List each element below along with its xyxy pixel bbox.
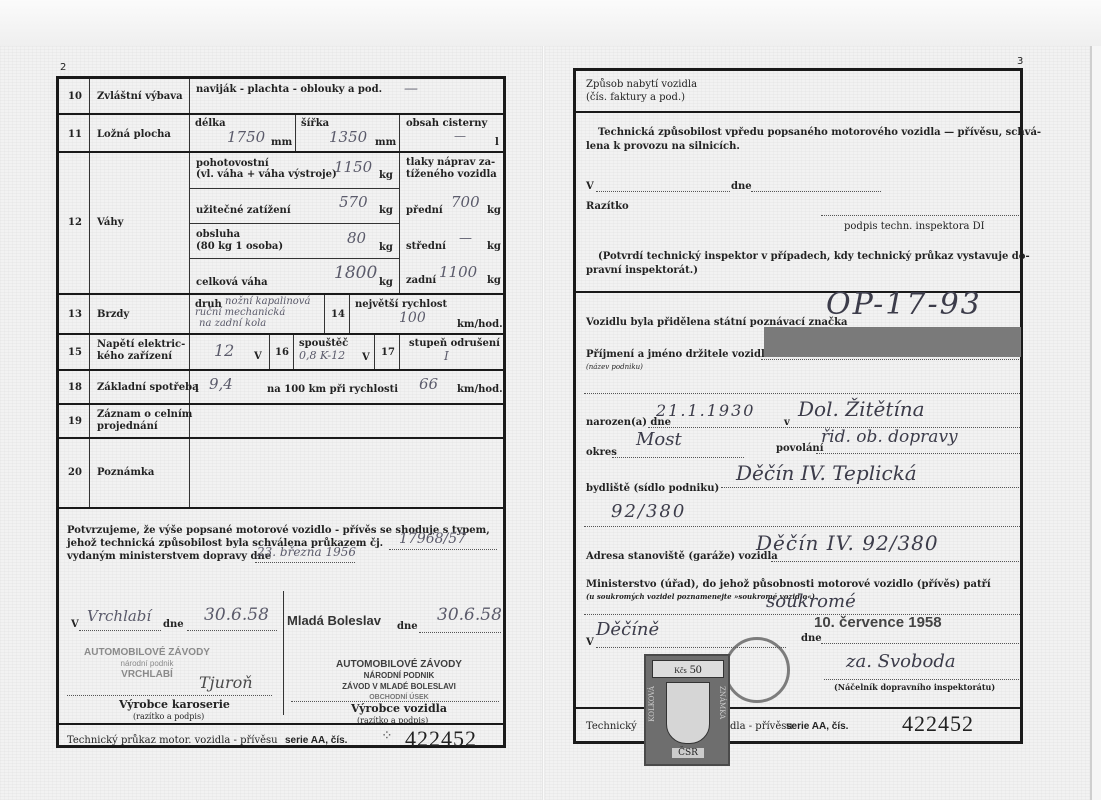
row-number: 10 [68,91,82,102]
handwritten-value: — [404,81,418,97]
residence-value-line2[interactable]: 92/380 [611,501,686,522]
body-maker-place[interactable]: Vrchlabí [87,607,151,625]
row-number: 17 [381,347,395,358]
crew-value[interactable]: 80 [347,229,366,247]
stamp-country: ČSR [672,748,704,758]
place-label: V [586,637,594,649]
consumption-speed-value[interactable]: 66 [419,375,438,393]
unit: kg [379,170,393,182]
field-label: Napětí elektric- [97,339,185,351]
field-label: Váhy [97,217,123,229]
residence-label: bydliště (sídlo podniku) [586,483,719,495]
field-text: naviják - plachta - oblouky a pod. [196,84,382,96]
unit: l [495,137,499,149]
row-11: 11 Ložná plocha délka 1750 mm šířka 1350… [59,115,503,153]
serial-number: 422452 [405,726,477,752]
field-label: Zvláštní výbava [97,91,183,103]
field-label: Ložná plocha [97,129,171,141]
unit: l [195,384,199,396]
license-plate-value[interactable]: OP-17-93 [826,287,982,322]
chief-signature: za. Svoboda [846,651,956,672]
unit: mm [271,137,292,149]
row-20: 20 Poznámka [59,439,503,509]
weight-label: obsluha [196,229,240,241]
page-number-left: 2 [60,62,66,73]
row-15: 15 Napětí elektric- kého zařízení 12 V 1… [59,335,503,371]
residence-value[interactable]: Děčín IV. Teplická [736,461,917,485]
row-number: 12 [68,217,82,228]
axle-header: tíženého vozidla [406,169,497,181]
chief-label: (Náčelník dopravního inspektorátu) [834,681,995,693]
row-number: 15 [68,347,82,358]
approval-section: Technická způsobilost vpředu popsaného m… [576,113,1020,293]
footer-title: Technický [586,721,637,733]
unit: km/hod. [457,384,503,396]
note-text: (Potvrdí technický inspektor v případech… [598,251,1030,263]
axle-header: tlaky náprav za- [406,157,495,169]
date-label: dne [731,181,752,193]
left-form-frame: 10 Zvláštní výbava naviják - plachta - o… [56,76,506,748]
unit: kg [379,277,393,289]
inspector-signature-label: podpis techn. inspektora DI [844,221,985,233]
holder-label: Příjmení a jméno držitele vozidla [586,349,771,361]
unit: kg [487,205,501,217]
signature-divider [283,591,284,715]
voltage-value[interactable]: 12 [214,341,234,360]
ministry-label: Ministerstvo (úřad), do jehož působnosti… [586,579,991,591]
unit: kg [487,241,501,253]
acquisition-row: Způsob nabytí vozidla (čís. faktury a po… [576,71,1020,113]
unit: V [254,351,262,363]
field-label: Záznam o celním [97,409,192,421]
body-maker-subcaption: (razítko a podpis) [133,711,204,723]
tank-value[interactable]: — [454,129,466,143]
row-18: 18 Základní spotřeba l 9,4 na 100 km při… [59,371,503,405]
approval-number[interactable]: 17968/57 [399,531,466,547]
row-number: 13 [68,309,82,320]
birth-date-value[interactable]: 21.1.1930 [656,401,755,420]
garage-label: Adresa stanoviště (garáže) vozidla [586,551,778,563]
row-number: 20 [68,467,82,478]
unit: km/hod. [457,319,503,331]
issued-date-stamp[interactable]: 10. července 1958 [814,617,942,629]
vehicle-maker-place[interactable]: Mladá Boleslav [287,615,381,627]
place-label: V [586,181,594,193]
row-12: 12 Váhy pohotovostní (vl. váha + váha vý… [59,153,503,295]
brake-type-value[interactable]: na zadní kola [199,318,266,329]
weight-label: celková váha [196,277,268,289]
weight-label: (vl. váha + váha výstroje) [196,169,337,181]
row-number: 19 [68,416,82,427]
row-number: 11 [68,129,82,140]
rosette-icon: ⁘ [381,730,393,742]
field-label: Brzdy [97,309,129,321]
axle-label: přední [406,205,443,217]
row-number: 16 [275,347,289,358]
stamp-label: Razítko [586,201,629,213]
brake-type-value[interactable]: nožní kapalinová [225,296,310,307]
axle-label: střední [406,241,446,253]
tank-label: obsah cisterny [406,118,487,130]
suppression-label: stupeň odrušení [409,338,500,350]
note-text: pravní inspektorát.) [586,265,698,277]
body-maker-signature: Tjuroň [199,673,253,692]
length-label: délka [195,118,226,130]
scan-background [0,0,1101,46]
right-form-frame: Způsob nabytí vozidla (čís. faktury a po… [573,68,1023,744]
length-value[interactable]: 1750 [227,128,265,146]
approval-text: lena k provozu na silnicích. [586,141,740,153]
confirmation-text: vydaným ministerstvem dopravy dne [67,551,271,563]
field-label: projednání [97,421,158,433]
office-round-stamp [724,637,790,703]
date-label: dne [163,619,184,631]
page-number-right: 3 [1017,56,1023,67]
consumption-value[interactable]: 9,4 [209,375,233,393]
body-maker-caption: Výrobce karoserie [119,699,230,711]
unit: kg [487,275,501,287]
place-label: V [71,619,79,631]
footer-serie: serie AA, čís. [285,735,347,747]
unit: mm [375,137,396,149]
date-label: dne [801,633,822,645]
stamp-text: ZNÁMKA [712,686,726,719]
consumption-text: na 100 km při rychlosti [267,384,398,396]
weight-label: užitečné zatížení [196,205,291,217]
body-maker-date[interactable]: 30.6.58 [204,605,269,625]
brake-type-value[interactable]: ruční mechanická [195,307,285,318]
garage-address-value[interactable]: Děčín IV. 92/380 [756,531,939,555]
unit: V [362,352,370,364]
total-weight-value[interactable]: 1800 [334,263,377,283]
acquisition-label: (čís. faktury a pod.) [586,92,685,104]
vehicle-maker-stamp: AUTOMOBILOVÉ ZÁVODY NÁRODNÍ PODNIK ZÁVOD… [299,659,499,703]
field-label: kého zařízení [97,351,172,363]
occupation-value[interactable]: řid. ob. dopravy [821,427,958,447]
serial-number: 422452 [902,711,974,737]
approval-date[interactable]: 23. března 1956 [257,545,356,559]
vehicle-maker-caption: Výrobce vozidla [351,703,447,715]
stamp-value-box: Kčs 50 [652,660,724,678]
approval-text: Technická způsobilost vpředu popsaného m… [598,127,1041,139]
coat-of-arms-icon [666,682,710,744]
stamp-text: KOLKOVÁ [648,686,662,722]
ministry-value[interactable]: soukromé [766,591,856,612]
field-label: Poznámka [97,467,154,479]
right-page: 3 Způsob nabytí vozidla (čís. faktury a … [545,46,1092,800]
holder-sublabel: (název podniku) [586,361,643,373]
unit: kg [379,205,393,217]
field-label: Základní spotřeba [97,382,199,394]
suppression-value[interactable]: I [444,349,449,363]
rear-axle-value[interactable]: 1100 [439,263,477,281]
issued-place-value[interactable]: Děčíně [596,619,659,640]
footer-serie: serie AA, čís. [786,721,848,733]
row-13: 13 Brzdy druh nožní kapalinová ruční mec… [59,295,503,335]
vehicle-maker-date[interactable]: 30.6.58 [437,605,502,625]
starter-value[interactable]: 0,8 K-12 [299,349,345,362]
row-number: 18 [68,382,82,393]
middle-axle-value[interactable]: — [459,231,472,246]
max-speed-value[interactable]: 100 [399,310,426,326]
payload-value[interactable]: 570 [339,193,368,211]
ready-weight-value[interactable]: 1150 [334,158,372,176]
row-number: 14 [331,309,345,320]
acquisition-label: Způsob nabytí vozidla [586,79,697,91]
left-page: 2 10 Zvláštní výbava naviják - plachta -… [0,46,545,800]
district-value[interactable]: Most [636,429,682,450]
redacted-holder-name [764,327,1021,357]
row-19: 19 Záznam o celním projednání [59,405,503,439]
footer-title: dla - přívěsu [730,721,793,733]
axle-label: zadní [406,275,436,287]
width-value[interactable]: 1350 [329,128,367,146]
front-axle-value[interactable]: 700 [451,193,480,211]
birth-place-value[interactable]: Dol. Žitětína [798,397,925,421]
weight-label: (80 kg 1 osoba) [196,241,283,253]
unit: kg [379,242,393,254]
width-label: šířka [301,118,329,130]
row-10: 10 Zvláštní výbava naviják - plachta - o… [59,79,503,115]
footer-title: Technický průkaz motor. vozidla - přívěs… [67,735,278,747]
date-label: dne [397,621,418,633]
revenue-stamp: Kčs 50 KOLKOVÁ ZNÁMKA ČSR [644,654,730,766]
